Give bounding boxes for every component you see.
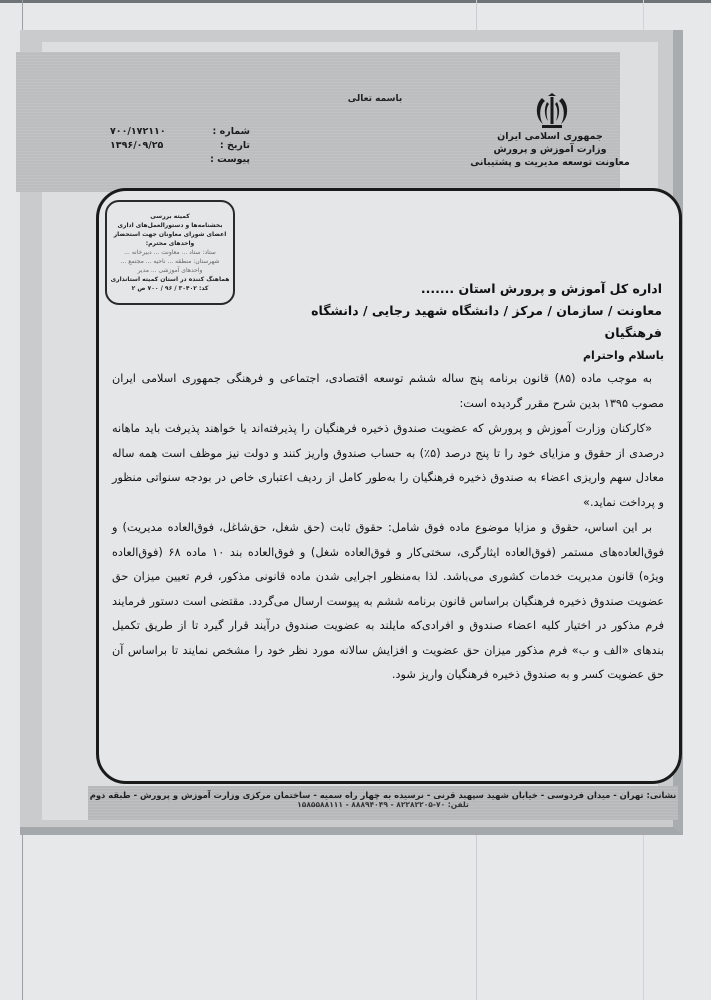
bismillah: باسمه تعالی: [330, 94, 420, 104]
meta-label: تاریخ :: [220, 139, 250, 153]
greeting: باسلام واحترام: [112, 345, 664, 367]
meta-number: شماره : ۷۰۰/۱۷۲۱۱۰: [110, 125, 250, 139]
letterhead-footer: نشانی: تهران - میدان فردوسی - خیابان شهی…: [88, 786, 678, 820]
footer-address: نشانی: تهران - میدان فردوسی - خیابان شهی…: [88, 786, 678, 800]
letter-date: ۱۳۹۶/۰۹/۲۵: [110, 139, 163, 153]
org-line: جمهوری اسلامی ایران: [470, 130, 630, 143]
letterhead-band: [16, 52, 620, 192]
meta-date: تاریخ : ۱۳۹۶/۰۹/۲۵: [110, 139, 250, 153]
letter-number: ۷۰۰/۱۷۲۱۱۰: [110, 125, 166, 139]
stamp-line: کمیته بررسی: [107, 212, 233, 221]
meta-attachment: پیوست :: [110, 153, 250, 167]
addressee-line: معاونت / سازمان / مرکز / دانشگاه شهید رج…: [250, 300, 662, 344]
letter-metadata: شماره : ۷۰۰/۱۷۲۱۱۰ تاریخ : ۱۳۹۶/۰۹/۲۵ پی…: [110, 125, 250, 167]
stamp-line: واحدهای آموزشی ... مدیر: [107, 266, 233, 275]
stamp-line: شهرستان: منطقه ... ناحیه ... مجتمع ...: [107, 257, 233, 266]
scan-edge: [0, 0, 711, 3]
body-paragraph: به موجب ماده (۸۵) قانون برنامه پنج ساله …: [112, 367, 664, 416]
addressee-line: اداره کل آموزش و پرورش استان .......: [250, 278, 662, 300]
addressee-block: اداره کل آموزش و پرورش استان ....... معا…: [250, 278, 662, 344]
org-line: وزارت آموزش و پرورش: [470, 143, 630, 156]
meta-label: پیوست :: [210, 153, 250, 167]
meta-label: شماره :: [213, 125, 250, 139]
stamp-line: بخشنامه‌ها و دستورالعمل‌های اداری: [107, 221, 233, 230]
body-paragraph-quote: «کارکنان وزارت آموزش و پرورش که عضویت صن…: [112, 417, 664, 515]
stamp-line: واحدهای محترم:: [107, 239, 233, 248]
stamp-line: هماهنگ کننده در استان کمیته استانداری: [107, 275, 233, 284]
stamp-line: ستاد: ستاد ... معاونت ... دبیرخانه ...: [107, 248, 233, 257]
stamp-line: اعضای شورای معاونان جهت استحضار: [107, 230, 233, 239]
iran-emblem-icon: [533, 92, 571, 132]
review-stamp: کمیته بررسی بخشنامه‌ها و دستورالعمل‌های …: [105, 200, 235, 305]
stamp-line: کد: ۳۰۴۰۲ / ۹۶ / ۷۰۰ ص ۲: [107, 284, 233, 293]
letter-body: باسلام واحترام به موجب ماده (۸۵) قانون ب…: [112, 345, 664, 688]
footer-phone: تلفن: ۷۰-۸۲۲۸۲۲۰۵ - ۸۸۸۹۴۰۴۹ - ۱۵۸۵۵۸۸۱۱…: [88, 800, 678, 809]
body-paragraph: بر این اساس، حقوق و مزایا موضوع ماده فوق…: [112, 516, 664, 688]
org-line: معاونت توسعه مدیریت و پشتیبانی: [470, 156, 630, 169]
organization-name: جمهوری اسلامی ایران وزارت آموزش و پرورش …: [470, 130, 630, 169]
